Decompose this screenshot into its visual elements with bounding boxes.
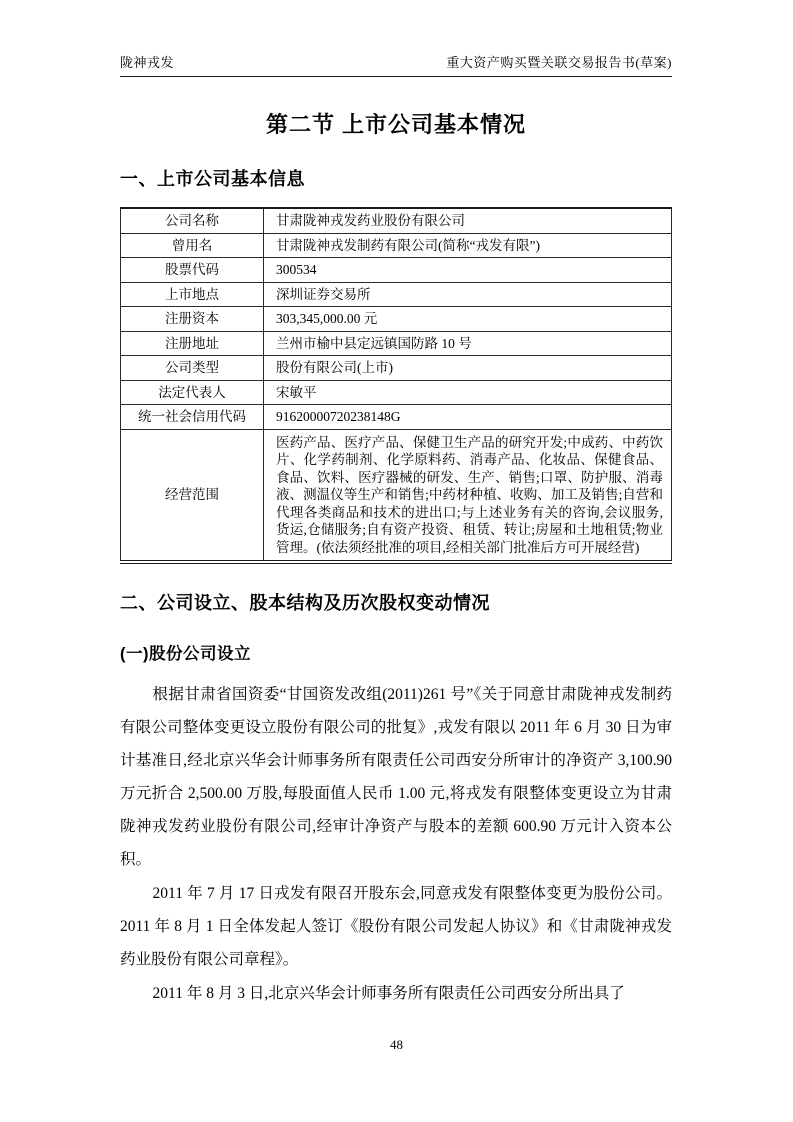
row-value: 303,345,000.00 元	[264, 307, 672, 332]
row-value: 91620000720238148G	[264, 405, 672, 430]
subsection-heading-company-setup: (一)股份公司设立	[120, 642, 672, 666]
document-page: 陇神戎发 重大资产购买暨关联交易报告书(草案) 第二节 上市公司基本情况 一、上…	[0, 0, 793, 1122]
chapter-title: 第二节 上市公司基本情况	[120, 110, 672, 140]
paragraph-establishment-approval: 根据甘肃省国资委“甘国资发改组(2011)261 号”《关于同意甘肃陇神戎发制药…	[120, 678, 672, 876]
table-row-company-name: 公司名称 甘肃陇神戎发药业股份有限公司	[121, 208, 672, 233]
running-header: 陇神戎发 重大资产购买暨关联交易报告书(草案)	[120, 52, 672, 77]
row-value: 兰州市榆中县定远镇国防路 10 号	[264, 331, 672, 356]
row-label: 法定代表人	[121, 380, 264, 405]
row-label: 注册资本	[121, 307, 264, 332]
row-label: 上市地点	[121, 282, 264, 307]
header-short-title: 陇神戎发	[120, 52, 174, 71]
row-value: 300534	[264, 258, 672, 283]
row-value: 深圳证券交易所	[264, 282, 672, 307]
row-label: 统一社会信用代码	[121, 405, 264, 430]
table-row-registered-capital: 注册资本 303,345,000.00 元	[121, 307, 672, 332]
row-label: 注册地址	[121, 331, 264, 356]
table-row-company-type: 公司类型 股份有限公司(上市)	[121, 356, 672, 381]
company-info-table: 公司名称 甘肃陇神戎发药业股份有限公司 曾用名 甘肃陇神戎发制药有限公司(简称“…	[120, 207, 672, 564]
header-report-title: 重大资产购买暨关联交易报告书(草案)	[446, 52, 672, 71]
table-row-stock-code: 股票代码 300534	[121, 258, 672, 283]
row-label: 公司类型	[121, 356, 264, 381]
table-row-listing-place: 上市地点 深圳证券交易所	[121, 282, 672, 307]
section-heading-basic-info: 一、上市公司基本信息	[120, 166, 672, 192]
paragraph-audit-report: 2011 年 8 月 3 日,北京兴华会计师事务所有限责任公司西安分所出具了	[120, 977, 672, 1010]
row-value: 甘肃陇神戎发制药有限公司(简称“戎发有限”)	[264, 233, 672, 258]
table-row-former-name: 曾用名 甘肃陇神戎发制药有限公司(简称“戎发有限”)	[121, 233, 672, 258]
section-heading-establishment: 二、公司设立、股本结构及历次股权变动情况	[120, 590, 672, 616]
body-text: 根据甘肃省国资委“甘国资发改组(2011)261 号”《关于同意甘肃陇神戎发制药…	[120, 678, 672, 1010]
paragraph-shareholder-meeting: 2011 年 7 月 17 日戎发有限召开股东会,同意戎发有限整体变更为股份公司…	[120, 877, 672, 976]
table-row-registered-address: 注册地址 兰州市榆中县定远镇国防路 10 号	[121, 331, 672, 356]
row-value: 股份有限公司(上市)	[264, 356, 672, 381]
row-label: 曾用名	[121, 233, 264, 258]
row-label: 经营范围	[121, 429, 264, 562]
table-row-credit-code: 统一社会信用代码 91620000720238148G	[121, 405, 672, 430]
row-value: 甘肃陇神戎发药业股份有限公司	[264, 208, 672, 233]
row-value: 医药产品、医疗产品、保健卫生产品的研究开发;中成药、中药饮片、化学药制剂、化学原…	[264, 429, 672, 562]
table-row-business-scope: 经营范围 医药产品、医疗产品、保健卫生产品的研究开发;中成药、中药饮片、化学药制…	[121, 429, 672, 562]
table-row-legal-representative: 法定代表人 宋敏平	[121, 380, 672, 405]
row-label: 股票代码	[121, 258, 264, 283]
row-value: 宋敏平	[264, 380, 672, 405]
page-content: 第二节 上市公司基本情况 一、上市公司基本信息 公司名称 甘肃陇神戎发药业股份有…	[120, 96, 672, 1010]
page-number: 48	[0, 1037, 793, 1053]
row-label: 公司名称	[121, 208, 264, 233]
